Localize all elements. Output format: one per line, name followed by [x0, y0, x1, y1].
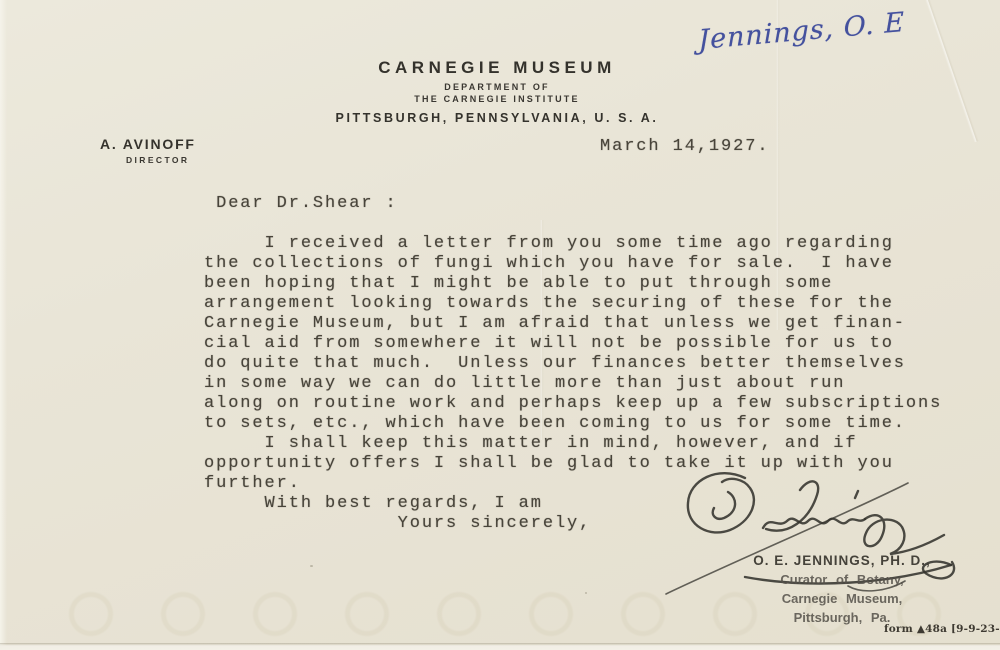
- paper-edge-bottom: [0, 643, 1000, 650]
- scanned-letter-page: Jennings, O. E CARNEGIE MUSEUM DEPARTMEN…: [0, 0, 1000, 650]
- letter-date: March 14,1927.: [600, 137, 769, 156]
- letterhead-city-line: PITTSBURGH, PENNSYLVANIA, U. S. A.: [0, 111, 994, 125]
- director-name: A. AVINOFF: [100, 136, 196, 152]
- director-title: DIRECTOR: [126, 155, 196, 165]
- letterhead-department-line2: THE CARNEGIE INSTITUTE: [0, 94, 994, 104]
- signer-organization: Carnegie Museum,: [733, 591, 951, 606]
- letterhead-department-line1: DEPARTMENT OF: [0, 82, 994, 92]
- paper-speck: [310, 565, 313, 567]
- letterhead: CARNEGIE MUSEUM DEPARTMENT OF THE CARNEG…: [0, 58, 994, 125]
- signer-title: Curator of Botany,: [733, 572, 951, 587]
- paper-speck: [585, 592, 587, 594]
- handwritten-annotation: Jennings, O. E: [698, 7, 905, 56]
- signer-name: O. E. JENNINGS, PH. D.,: [733, 553, 951, 568]
- director-block: A. AVINOFF DIRECTOR: [100, 136, 196, 165]
- letterhead-museum-name: CARNEGIE MUSEUM: [0, 58, 994, 78]
- signature-block: O. E. JENNINGS, PH. D., Curator of Botan…: [733, 553, 951, 625]
- form-number: form ▲48a [9-9-23-1m]: [884, 623, 1000, 635]
